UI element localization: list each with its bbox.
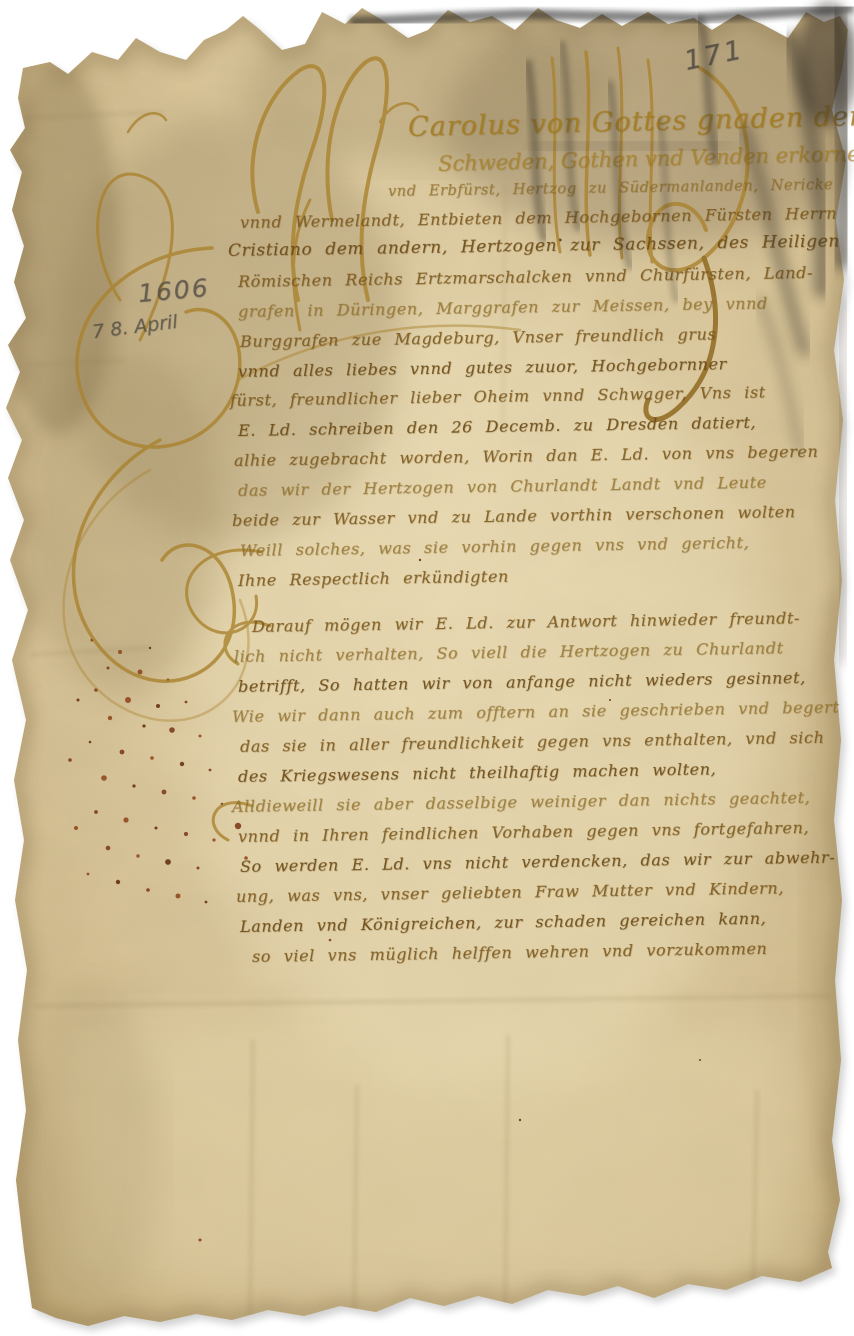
manuscript-line: Landen vnd Königreichen, zur schaden ger… [240,909,767,936]
manuscript-line: Römischen Reichs Ertzmarschalcken vnnd C… [238,263,813,291]
heading-line-2: Schweden, Gothen vnd Venden erkorner Kön… [438,140,854,176]
margin-date: 7 8. April [91,311,179,343]
manuscript-line: fürst, freundlicher lieber Oheim vnnd Sc… [230,383,766,410]
manuscript-line: des Kriegswesens nicht theilhaftig mache… [238,759,717,786]
manuscript-line: so viel vns müglich helffen wehren vnd v… [252,939,768,966]
manuscript-line: das sie in aller freundlichkeit gegen vn… [240,728,825,756]
manuscript-line: vnd Erbfürst, Hertzog zu Südermanlanden,… [388,177,833,200]
manuscript-line: Ihne Respectlich erkündigten [238,567,509,590]
manuscript-line: lich nicht verhalten, So viell die Hertz… [234,638,784,666]
manuscript-line: Burggrafen zue Magdeburg, Vnser freundli… [240,325,717,351]
manuscript-line: Darauf mögen wir E. Ld. zur Antwort hinw… [252,608,800,636]
manuscript-line: Alldieweill sie aber dasselbige weiniger… [232,788,811,816]
scanned-manuscript-page: 171 1606 7 8. April Carolus von Gottes g… [0,0,854,1336]
manuscript-line: Wie wir dann auch zum offtern an sie ges… [232,697,840,726]
manuscript-line: vnnd in Ihren feindlichen Vorhaben gegen… [238,818,809,846]
manuscript-line: Weill solches, was sie vorhin gegen vns … [240,533,750,560]
manuscript-line: ung, was vns, vnser geliebten Fraw Mutte… [236,878,784,906]
manuscript-line: beide zur Wasser vnd zu Lande vorthin ve… [232,502,796,530]
manuscript-line: So werden E. Ld. vns nicht verdencken, d… [240,848,836,876]
manuscript-line: alhie zugebracht worden, Worin dan E. Ld… [234,442,819,470]
heading-line-1: Carolus von Gottes gnaden der [408,101,854,143]
manuscript-line: vnnd alles liebes vnnd gutes zuuor, Hoch… [238,354,727,381]
manuscript-line: vnnd Wermelandt, Entbieten dem Hochgebor… [240,204,837,232]
manuscript-line: Cristiano dem andern, Hertzogen zur Sach… [228,231,840,261]
manuscript-line: das wir der Hertzogen von Churlandt Land… [238,473,767,500]
manuscript-text: 171 1606 7 8. April Carolus von Gottes g… [0,0,854,1336]
folio-number: 171 [681,34,747,77]
manuscript-line: betrifft, So hatten wir von anfange nich… [238,668,806,696]
manuscript-line: E. Ld. schreiben den 26 Decemb. zu Dresd… [238,413,756,440]
margin-year: 1606 [137,273,211,308]
manuscript-line: grafen in Düringen, Marggrafen zur Meiss… [238,294,768,321]
